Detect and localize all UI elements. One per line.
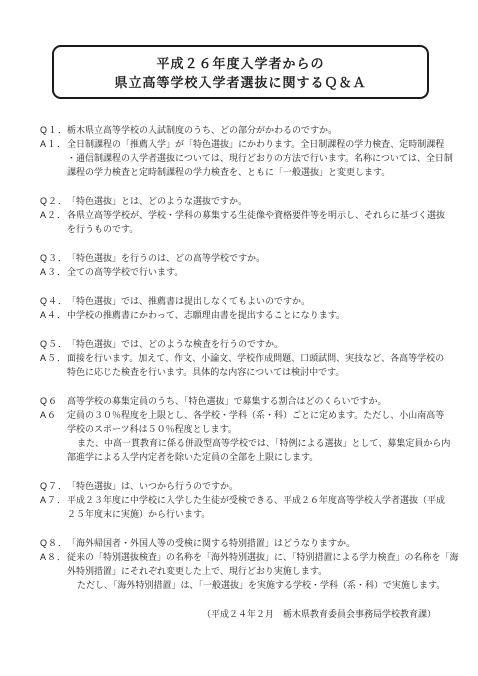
answer-label: A２．	[40, 208, 67, 222]
answer-continuation-line: を行うものです。	[40, 222, 448, 236]
question-text: 高等学校の募集定員のうち、「特色選抜」で募集する割合はどのくらいですか。	[67, 396, 387, 406]
answer-label: A４．	[40, 308, 67, 322]
answer-continuation-line: 部進学による入学内定者を除いた定員の全部を上限にします。	[40, 450, 448, 464]
title-line-1: 平成２６年度入学者からの	[58, 54, 423, 73]
answer-text: 全日制課程の「推薦入学」が「特色選抜」にかわります。全日制課程の学力検査、定時制…	[67, 139, 444, 149]
question-label: Q２．	[40, 194, 67, 208]
question-text: 「特色選抜」は、いつから行うのですか。	[67, 481, 238, 491]
answer-line: A１．全日制課程の「推薦入学」が「特色選抜」にかわります。全日制課程の学力検査、…	[40, 137, 448, 151]
answer-continuation-line: ・通信制課程の入学者選抜については、現行どおりの方法で行います。名称については、…	[40, 151, 448, 165]
question-label: Q７．	[40, 479, 67, 493]
document-page: 平成２６年度入学者からの 県立高等学校入学者選抜に関するＱ＆Ａ Q１．栃木県立高…	[0, 0, 478, 676]
answer-line: A２．各県立高等学校が、学校・学科の募集する生徒像や資格要件等を明示し、それらに…	[40, 208, 448, 222]
answer-text: 平成２３年度に中学校に入学した生徒が受検できる、平成２６年度高等学校入学者選抜（…	[67, 495, 445, 505]
footer-credit: （平成２４年２月 栃木県教育委員会事務局学校教育課）	[40, 607, 448, 621]
question-line: Q８．「海外帰国者・外国人等の受検に関する特別措置」はどうなりますか。	[40, 536, 448, 550]
answer-line: A４．中学校の推薦書にかわって、志願理由書を提出することになります。	[40, 308, 448, 322]
qa-block-8: Q８．「海外帰国者・外国人等の受検に関する特別措置」はどうなりますか。 A８．従…	[40, 536, 448, 592]
answer-label: A６	[40, 408, 67, 422]
question-line: Q４．「特色選抜」では、推薦書は提出しなくてもよいのですか。	[40, 294, 448, 308]
answer-continuation-line: 学校のスポーツ科は５０％程度とします。	[40, 422, 448, 436]
question-line: Q５．「特色選抜」では、どのような検査を行うのですか。	[40, 337, 448, 351]
answer-text: 定員の３０％程度を上限とし、各学校・学科（系・科）ごとに定めます。ただし、小山南…	[67, 410, 444, 420]
qa-block-2: Q２．「特色選抜」とは、どのような選抜ですか。 A２．各県立高等学校が、学校・学…	[40, 194, 448, 236]
answer-continuation-line: 外特別措置」にそれぞれ変更した上で、現行どおり実施します。	[40, 564, 448, 578]
question-line: Q７．「特色選抜」は、いつから行うのですか。	[40, 479, 448, 493]
answer-label: A１．	[40, 137, 67, 151]
title-line-2: 県立高等学校入学者選抜に関するＱ＆Ａ	[58, 73, 423, 92]
question-label: Q６	[40, 394, 67, 408]
question-text: 栃木県立高等学校の入試制度のうち、どの部分がかわるのですか。	[67, 125, 337, 135]
qa-block-3: Q３．「特色選抜」を行うのは、どの高等学校ですか。 A３．全ての高等学校で行いま…	[40, 251, 448, 279]
question-text: 「特色選抜」では、どのような検査を行うのですか。	[67, 339, 283, 349]
qa-block-4: Q４．「特色選抜」では、推薦書は提出しなくてもよいのですか。 A４．中学校の推薦…	[40, 294, 448, 322]
question-text: 「特色選抜」とは、どのような選抜ですか。	[67, 196, 247, 206]
answer-label: A７．	[40, 493, 67, 507]
question-text: 「海外帰国者・外国人等の受検に関する特別措置」はどうなりますか。	[67, 538, 355, 548]
answer-label: A５．	[40, 351, 67, 365]
question-label: Q８．	[40, 536, 67, 550]
answer-text: 全ての高等学校で行います。	[67, 267, 183, 277]
question-label: Q１．	[40, 123, 67, 137]
qa-block-1: Q１．栃木県立高等学校の入試制度のうち、どの部分がかわるのですか。 A１．全日制…	[40, 123, 448, 179]
title-box: 平成２６年度入学者からの 県立高等学校入学者選抜に関するＱ＆Ａ	[52, 45, 429, 99]
question-line: Q６高等学校の募集定員のうち、「特色選抜」で募集する割合はどのくらいですか。	[40, 394, 448, 408]
answer-continuation-line: 特色に応じた検査を行います。具体的な内容については検討中です。	[40, 365, 448, 379]
answer-line: A５．面接を行います。加えて、作文、小論文、学校作成問題、口頭試問、実技など、各…	[40, 351, 448, 365]
question-line: Q３．「特色選抜」を行うのは、どの高等学校ですか。	[40, 251, 448, 265]
question-label: Q４．	[40, 294, 67, 308]
answer-continuation-line: 課程の学力検査と定時制課程の学力検査を、ともに「一般選抜」と変更します。	[40, 165, 448, 179]
answer-text: 各県立高等学校が、学校・学科の募集する生徒像や資格要件等を明示し、それらに基づく…	[67, 210, 445, 220]
question-text: 「特色選抜」では、推薦書は提出しなくてもよいのですか。	[67, 296, 310, 306]
qa-section: Q１．栃木県立高等学校の入試制度のうち、どの部分がかわるのですか。 A１．全日制…	[40, 123, 448, 621]
answer-paragraph-line: ただし、「海外特別措置」は、「一般選抜」を実施する学校・学科（系・科）で実施しま…	[40, 578, 448, 592]
question-label: Q５．	[40, 337, 67, 351]
answer-line: A８．従来の「特別選抜検査」の名称を「海外特別選抜」に、「特別措置による学力検査…	[40, 550, 448, 564]
answer-paragraph-line: また、中高一貫教育に係る併設型高等学校では、「特例による選抜」として、募集定員か…	[40, 436, 448, 450]
answer-line: A７．平成２３年度に中学校に入学した生徒が受検できる、平成２６年度高等学校入学者…	[40, 493, 448, 507]
answer-label: A３．	[40, 265, 67, 279]
qa-block-5: Q５．「特色選抜」では、どのような検査を行うのですか。 A５．面接を行います。加…	[40, 337, 448, 379]
answer-line: A３．全ての高等学校で行います。	[40, 265, 448, 279]
answer-text: 従来の「特別選抜検査」の名称を「海外特別選抜」に、「特別措置による学力検査」の名…	[67, 552, 459, 562]
qa-block-6: Q６高等学校の募集定員のうち、「特色選抜」で募集する割合はどのくらいですか。 A…	[40, 394, 448, 464]
answer-line: A６定員の３０％程度を上限とし、各学校・学科（系・科）ごとに定めます。ただし、小…	[40, 408, 448, 422]
question-text: 「特色選抜」を行うのは、どの高等学校ですか。	[67, 253, 265, 263]
answer-text: 面接を行います。加えて、作文、小論文、学校作成問題、口頭試問、実技など、各高等学…	[67, 353, 444, 363]
answer-label: A８．	[40, 550, 67, 564]
answer-text: 中学校の推薦書にかわって、志願理由書を提出することになります。	[67, 310, 345, 320]
question-line: Q１．栃木県立高等学校の入試制度のうち、どの部分がかわるのですか。	[40, 123, 448, 137]
answer-continuation-line: ２５年度末に実施）から行います。	[40, 507, 448, 521]
question-line: Q２．「特色選抜」とは、どのような選抜ですか。	[40, 194, 448, 208]
qa-block-7: Q７．「特色選抜」は、いつから行うのですか。 A７．平成２３年度に中学校に入学し…	[40, 479, 448, 521]
question-label: Q３．	[40, 251, 67, 265]
